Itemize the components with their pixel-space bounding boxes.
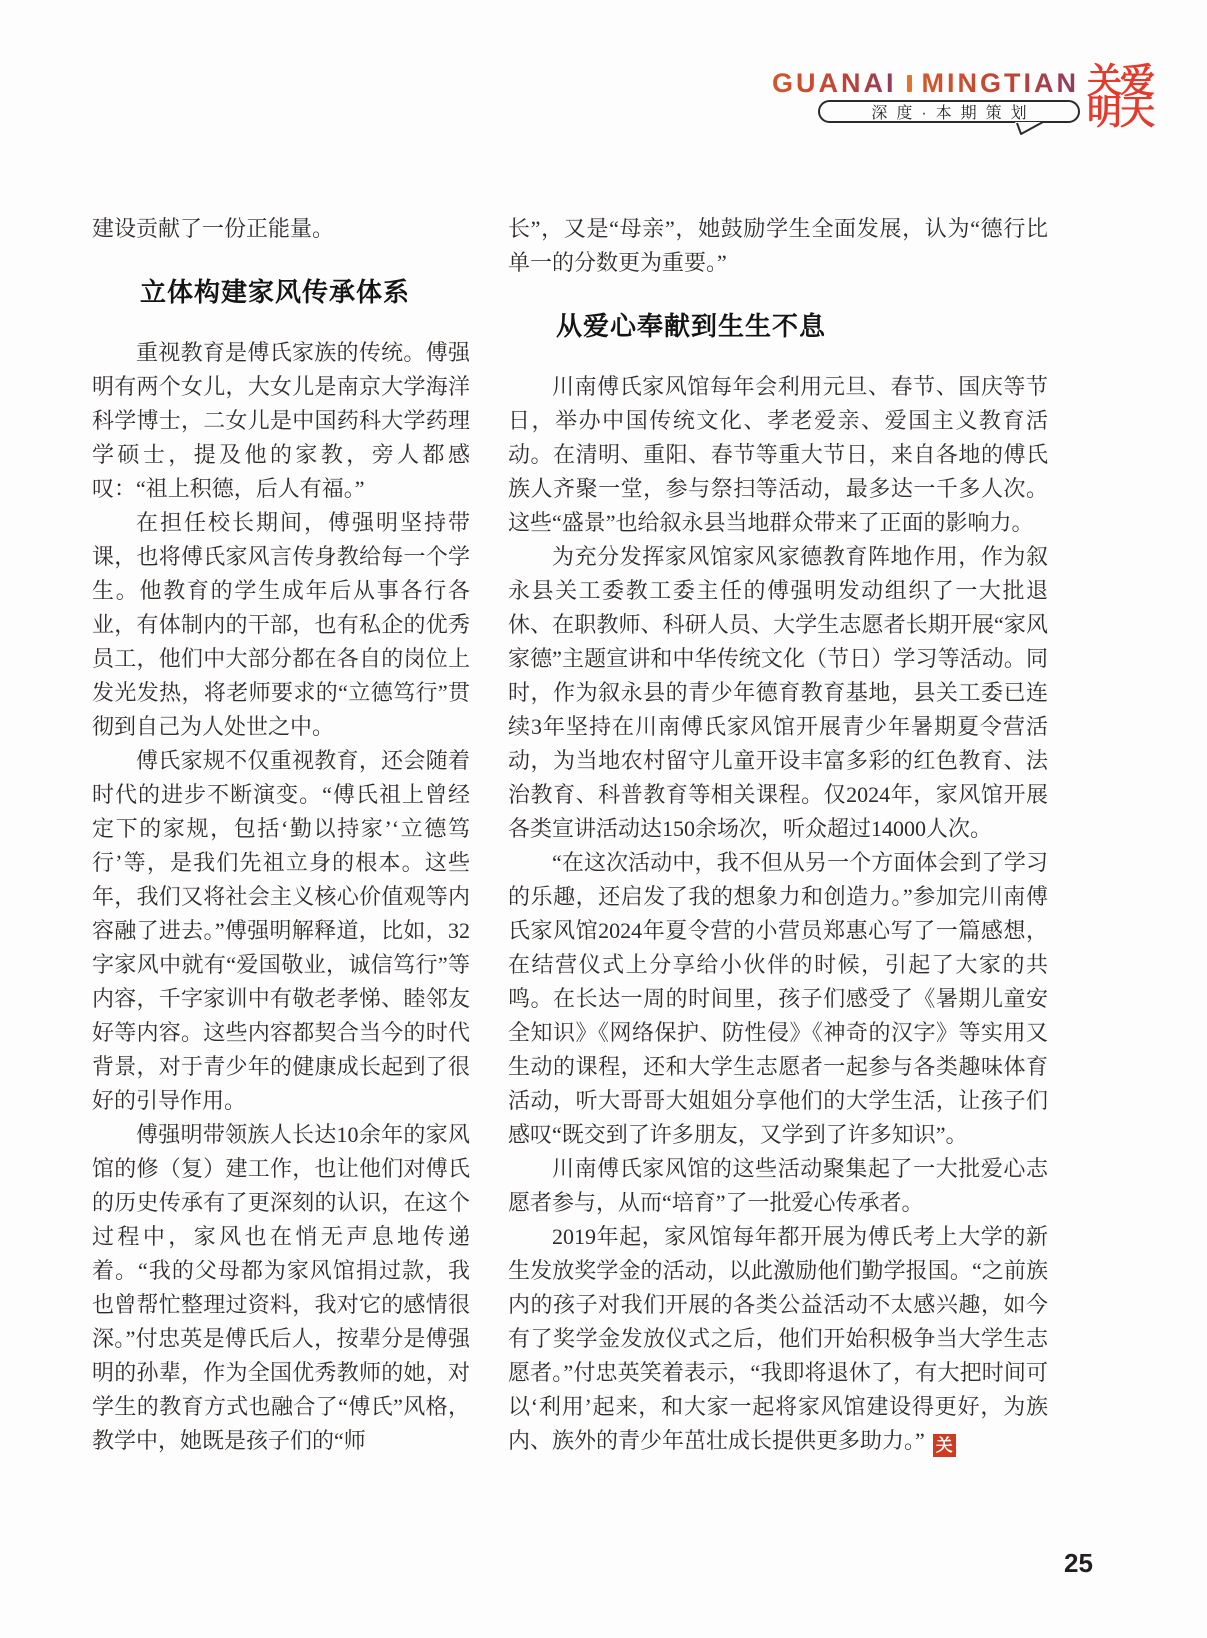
- paragraph-continued: 建设贡献了一份正能量。: [92, 212, 470, 246]
- article-body: 建设贡献了一份正能量。 立体构建家风传承体系 重视教育是傅氏家族的传统。傅强明有…: [92, 212, 1048, 1458]
- paragraph: 傅氏家规不仅重视教育，还会随着时代的进步不断演变。“傅氏祖上曾经定下的家规，包括…: [92, 744, 470, 1118]
- magazine-title-en: GUANAI MINGTIAN: [772, 68, 1079, 99]
- paragraph: 重视教育是傅氏家族的传统。傅强明有两个女儿，大女儿是南京大学海洋科学博士，二女儿…: [92, 336, 470, 506]
- paragraph: 川南傅氏家风馆每年会利用元旦、春节、国庆等节日，举办中国传统文化、孝老爱亲、爱国…: [508, 370, 1048, 540]
- paragraph: “在这次活动中，我不但从另一个方面体会到了学习的乐趣，还启发了我的想象力和创造力…: [508, 846, 1048, 1152]
- paragraph: 为充分发挥家风馆家风家德教育阵地作用，作为叙永县关工委教工委主任的傅强明发动组织…: [508, 540, 1048, 846]
- paragraph-text: 2019年起，家风馆每年都开展为傅氏考上大学的新生发放奖学金的活动，以此激励他们…: [508, 1224, 1048, 1453]
- section-bubble: 深度·本期策划: [818, 100, 1080, 123]
- paragraph: 在担任校长期间，傅强明坚持带课，也将傅氏家风言传身教给每一个学生。他教育的学生成…: [92, 506, 470, 744]
- paragraph-continued: 长”，又是“母亲”，她鼓励学生全面发展，认为“德行比单一的分数更为重要。”: [508, 212, 1048, 280]
- section-heading-2: 从爱心奉献到生生不息: [556, 311, 1048, 341]
- paragraph-last: 2019年起，家风馆每年都开展为傅氏考上大学的新生发放奖学金的活动，以此激励他们…: [508, 1220, 1048, 1458]
- left-column: 建设贡献了一份正能量。 立体构建家风传承体系 重视教育是傅氏家族的传统。傅强明有…: [92, 212, 470, 1458]
- article-end-mark: 关: [933, 1434, 956, 1457]
- section-heading-1: 立体构建家风传承体系: [140, 277, 470, 307]
- speech-bubble-tail-icon: [1012, 121, 1046, 137]
- page-number: 25: [1064, 1548, 1093, 1579]
- brand-right-text: MINGTIAN: [922, 68, 1079, 99]
- paragraph: 川南傅氏家风馆的这些活动聚集起了一大批爱心志愿者参与，从而“培育”了一批爱心传承…: [508, 1152, 1048, 1220]
- brand-left-text: GUANAI: [772, 68, 897, 99]
- paragraph: 傅强明带领族人长达10余年的家风馆的修（复）建工作，也让他们对傅氏的历史传承有了…: [92, 1118, 470, 1458]
- logo-line2: 明天: [1087, 93, 1153, 132]
- brand-separator-bar: [907, 75, 912, 92]
- magazine-logo: 关爱 明天: [1087, 66, 1153, 128]
- section-label: 深度·本期策划: [862, 100, 1035, 123]
- right-column: 长”，又是“母亲”，她鼓励学生全面发展，认为“德行比单一的分数更为重要。” 从爱…: [508, 212, 1048, 1458]
